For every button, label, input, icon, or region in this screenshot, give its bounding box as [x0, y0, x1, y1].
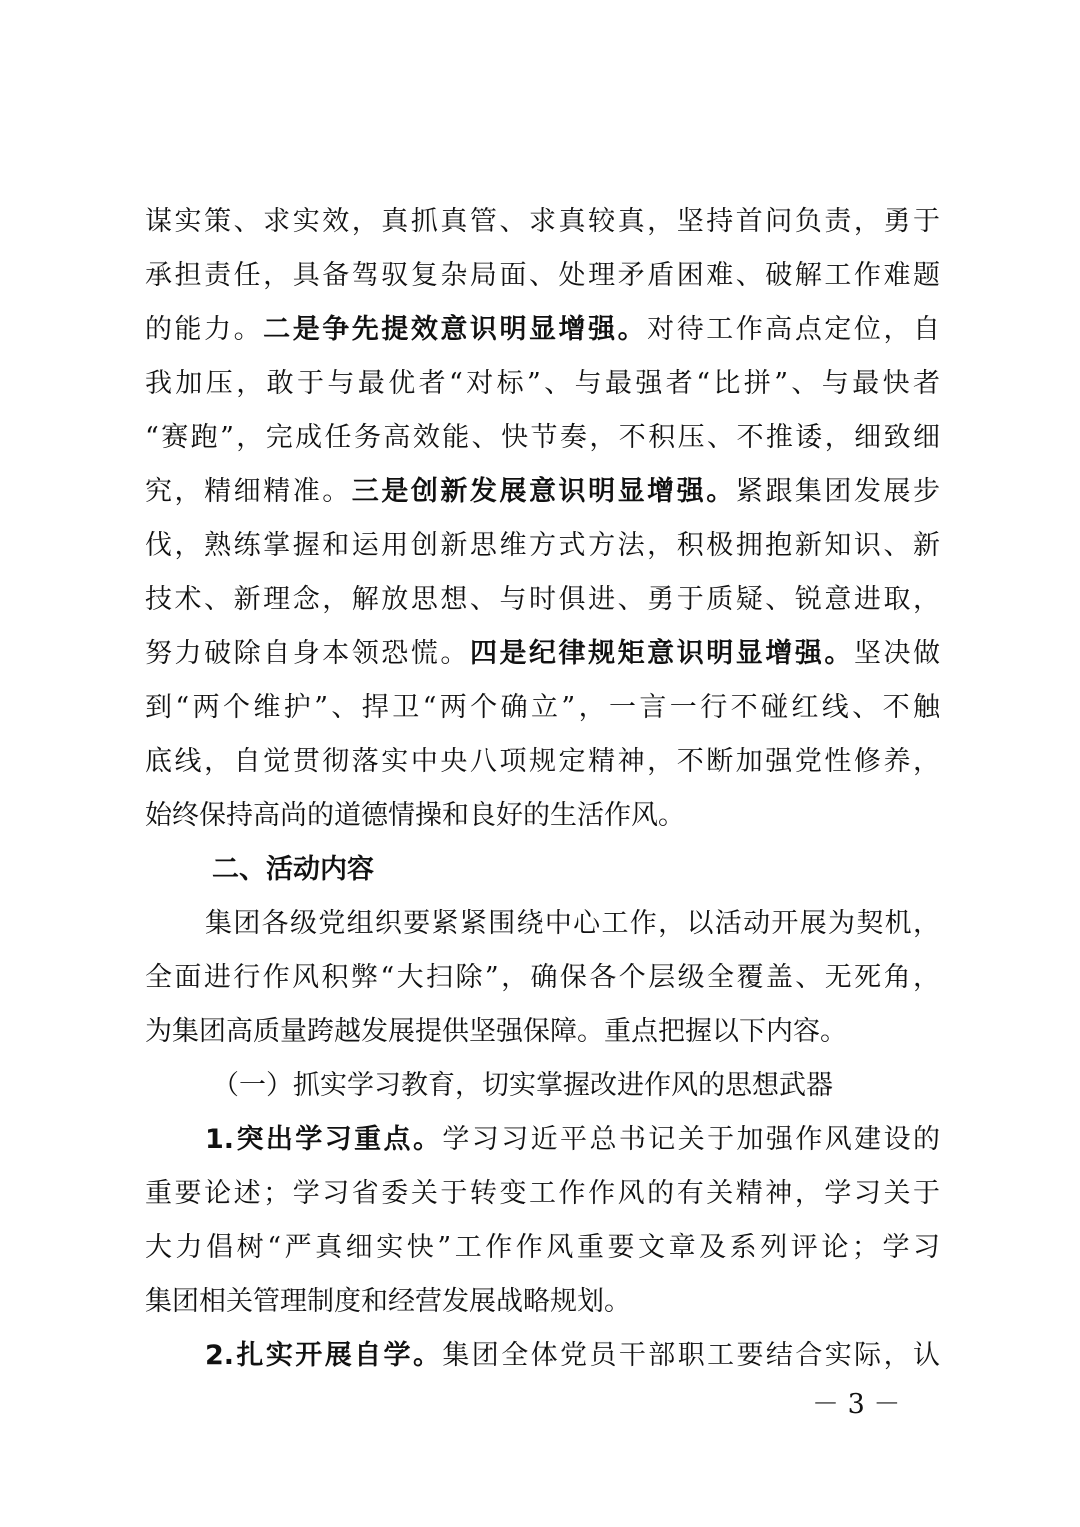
text-run: 坚决做 [854, 638, 940, 669]
text-run: 对待工作高点定位，自 [647, 314, 940, 345]
body-line: 2.扎实开展自学。集团全体党员干部职工要结合实际，认 [205, 1336, 940, 1376]
body-line: 到“两个维护”、捍卫“两个确立”，一言一行不碰红线、不触 [145, 688, 940, 728]
text-run: 紧跟集团发展步 [736, 476, 940, 507]
body-line: 全面进行作风积弊“大扫除”，确保各个层级全覆盖、无死角， [145, 958, 940, 998]
body-line: 我加压，敢于与最优者“对标”、与最强者“比拼”、与最快者 [145, 364, 940, 404]
page-number: － 3 － [812, 1385, 900, 1425]
body-line: 集团相关管理制度和经营发展战略规划。 [145, 1282, 940, 1322]
body-line: 始终保持高尚的道德情操和良好的生活作风。 [145, 796, 940, 836]
body-line: 承担责任，具备驾驭复杂局面、处理矛盾困难、破解工作难题 [145, 256, 940, 296]
body-line: 集团各级党组织要紧紧围绕中心工作，以活动开展为契机， [205, 904, 940, 944]
text-run: 集团全体党员干部职工要结合实际，认 [442, 1340, 940, 1371]
text-run: 学习习近平总书记关于加强作风建设的 [442, 1124, 940, 1155]
body-line: 努力破除自身本领恐慌。四是纪律规矩意识明显增强。坚决做 [145, 634, 940, 674]
body-line: 谋实策、求实效，真抓真管、求真较真，坚持首问负责，勇于 [145, 202, 940, 242]
body-line: 重要论述；学习省委关于转变工作作风的有关精神，学习关于 [145, 1174, 940, 1214]
bold-point-two: 二是争先提效意识明显增强。 [263, 314, 647, 345]
body-line: 大力倡树“严真细实快”工作作风重要文章及系列评论；学习 [145, 1228, 940, 1268]
body-line: 1.突出学习重点。学习习近平总书记关于加强作风建设的 [205, 1120, 940, 1160]
item-title-2: 2.扎实开展自学。 [205, 1340, 442, 1371]
section-heading: 二、活动内容 [212, 850, 374, 890]
subsection-heading: （一）抓实学习教育，切实掌握改进作风的思想武器 [212, 1066, 940, 1106]
text-run: 努力破除自身本领恐慌。 [145, 638, 470, 669]
body-line: 究，精细精准。三是创新发展意识明显增强。紧跟集团发展步 [145, 472, 940, 512]
body-line: 的能力。二是争先提效意识明显增强。对待工作高点定位，自 [145, 310, 940, 350]
body-line: 为集团高质量跨越发展提供坚强保障。重点把握以下内容。 [145, 1012, 940, 1052]
body-line: 技术、新理念，解放思想、与时俱进、勇于质疑、锐意进取， [145, 580, 940, 620]
body-line: 伐，熟练掌握和运用创新思维方式方法，积极拥抱新知识、新 [145, 526, 940, 566]
body-line: 底线，自觉贯彻落实中央八项规定精神，不断加强党性修养， [145, 742, 940, 782]
text-run: 究，精细精准。 [145, 476, 352, 507]
bold-point-four: 四是纪律规矩意识明显增强。 [470, 638, 854, 669]
item-title-1: 1.突出学习重点。 [205, 1124, 442, 1155]
text-run: 的能力。 [145, 314, 263, 345]
body-line: “赛跑”，完成任务高效能、快节奏，不积压、不推诿，细致细 [145, 418, 940, 458]
document-page: 谋实策、求实效，真抓真管、求真较真，坚持首问负责，勇于 承担责任，具备驾驭复杂局… [0, 0, 1080, 1527]
bold-point-three: 三是创新发展意识明显增强。 [352, 476, 736, 507]
